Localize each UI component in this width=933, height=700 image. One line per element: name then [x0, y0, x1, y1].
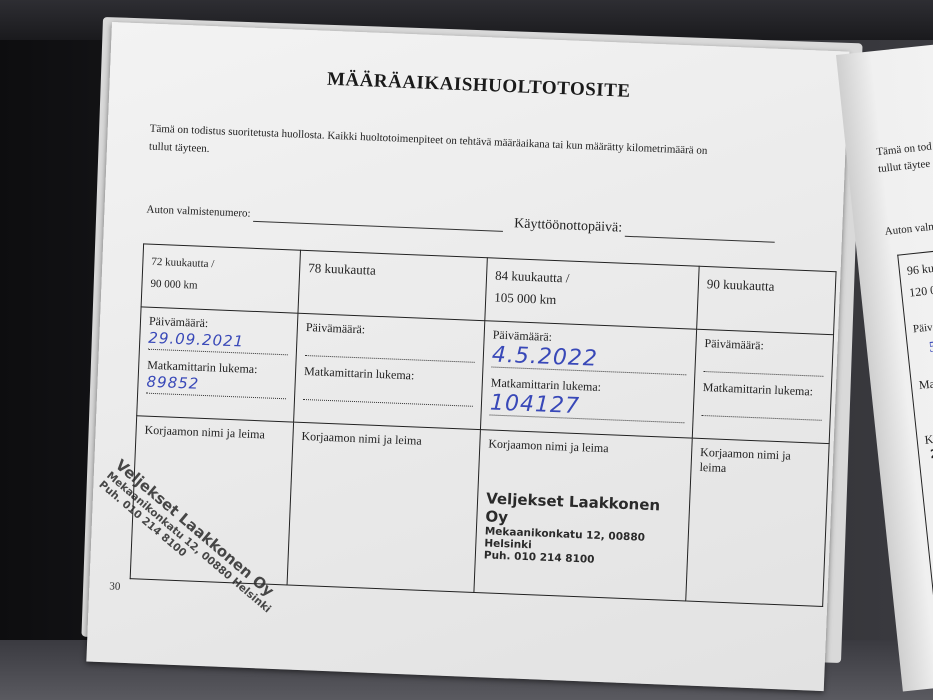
- date-value[interactable]: 29.09.2021: [148, 329, 289, 356]
- workshop-label: Korjaamon nimi ja leima: [488, 436, 609, 455]
- rp-odometer-label: Matka: [918, 375, 933, 393]
- workshop-cell-84: Korjaamon nimi ja leima Veljekset Laakko…: [474, 430, 692, 601]
- service-table: 72 kuukautta / 90 000 km 78 kuukautta 84…: [130, 243, 837, 607]
- rp-stamp-fragment: 208: [930, 445, 933, 462]
- workshop-cell-90: Korjaamon nimi ja leima: [686, 438, 829, 606]
- rp-date-label: Päiväm: [912, 320, 933, 335]
- interval-cell-72: 72 kuukautta / 90 000 km: [141, 244, 300, 313]
- vehicle-info-row: Auton valmistenumero: Käyttöönottopäivä:: [146, 202, 826, 245]
- service-booklet-page: MÄÄRÄAIKAISHUOLTOTOSITE Tämä on todistus…: [86, 22, 849, 691]
- rp-interval-2: 120 000: [909, 282, 933, 301]
- rp-date-value: 5.: [928, 339, 933, 357]
- interval-cell-90: 90 kuukautta: [697, 266, 836, 334]
- workshop-stamp: Veljekset Laakkonen Oy Mekaanikonkatu 12…: [484, 489, 682, 569]
- rp-vin-label: Auton valm: [884, 220, 933, 237]
- rp-intro-1: Tämä on tod: [876, 141, 933, 159]
- interval-text: 72 kuukautta /: [151, 256, 214, 271]
- stamp-phone: Puh. 010 214 8100: [96, 479, 265, 625]
- interval-km: 90 000 km: [150, 278, 198, 292]
- commission-date-label: Käyttöönottopäivä:: [514, 216, 623, 235]
- workshop-row: Korjaamon nimi ja leima Veljekset Laakko…: [130, 416, 829, 607]
- intro-text: Tämä on todistus suoritetusta huollosta.…: [149, 120, 830, 183]
- service-record-90: Päivämäärä: Matkamittarin lukema:: [692, 329, 833, 443]
- vin-field[interactable]: [253, 221, 503, 232]
- stamp-address: Mekaanikonkatu 12, 00880 Helsinki: [104, 470, 273, 616]
- interval-text: 78 kuukautta: [308, 260, 376, 278]
- interval-cell-84: 84 kuukautta / 105 000 km: [485, 258, 699, 329]
- interval-km: 105 000 km: [494, 290, 557, 307]
- vin-label: Auton valmistenumero:: [146, 204, 251, 220]
- commission-date-field[interactable]: [625, 236, 775, 243]
- interval-text: 84 kuukautta /: [495, 268, 570, 286]
- workshop-cell-78: Korjaamon nimi ja leima: [287, 422, 480, 592]
- page-title: MÄÄRÄAIKAISHUOLTOTOSITE: [110, 60, 848, 112]
- workshop-label: Korjaamon nimi ja leima: [699, 445, 791, 475]
- rp-interval-1: 96 kuuk: [906, 260, 933, 279]
- stamp-company-name: Veljekset Laakkonen Oy: [112, 456, 285, 606]
- rp-workshop-label: Korj: [924, 431, 933, 448]
- interval-cell-78: 78 kuukautta: [298, 250, 487, 320]
- rp-intro-2: tullut täytee: [878, 158, 931, 175]
- page-number: 30: [109, 580, 120, 592]
- workshop-label: Korjaamon nimi ja leima: [144, 423, 265, 442]
- service-record-84: Päivämäärä: 4.5.2022 Matkamittarin lukem…: [480, 321, 696, 438]
- odometer-value[interactable]: 89852: [146, 373, 287, 400]
- service-record-72: Päivämäärä: 29.09.2021 Matkamittarin luk…: [137, 307, 298, 422]
- service-record-78: Päivämäärä: Matkamittarin lukema:: [294, 313, 485, 429]
- workshop-label: Korjaamon nimi ja leima: [301, 429, 422, 448]
- workshop-stamp: Veljekset Laakkonen Oy Mekaanikonkatu 12…: [96, 456, 284, 625]
- interval-text: 90 kuukautta: [707, 276, 775, 294]
- workshop-cell-72: Korjaamon nimi ja leima Veljekset Laakko…: [130, 416, 293, 585]
- date-value[interactable]: [703, 351, 824, 377]
